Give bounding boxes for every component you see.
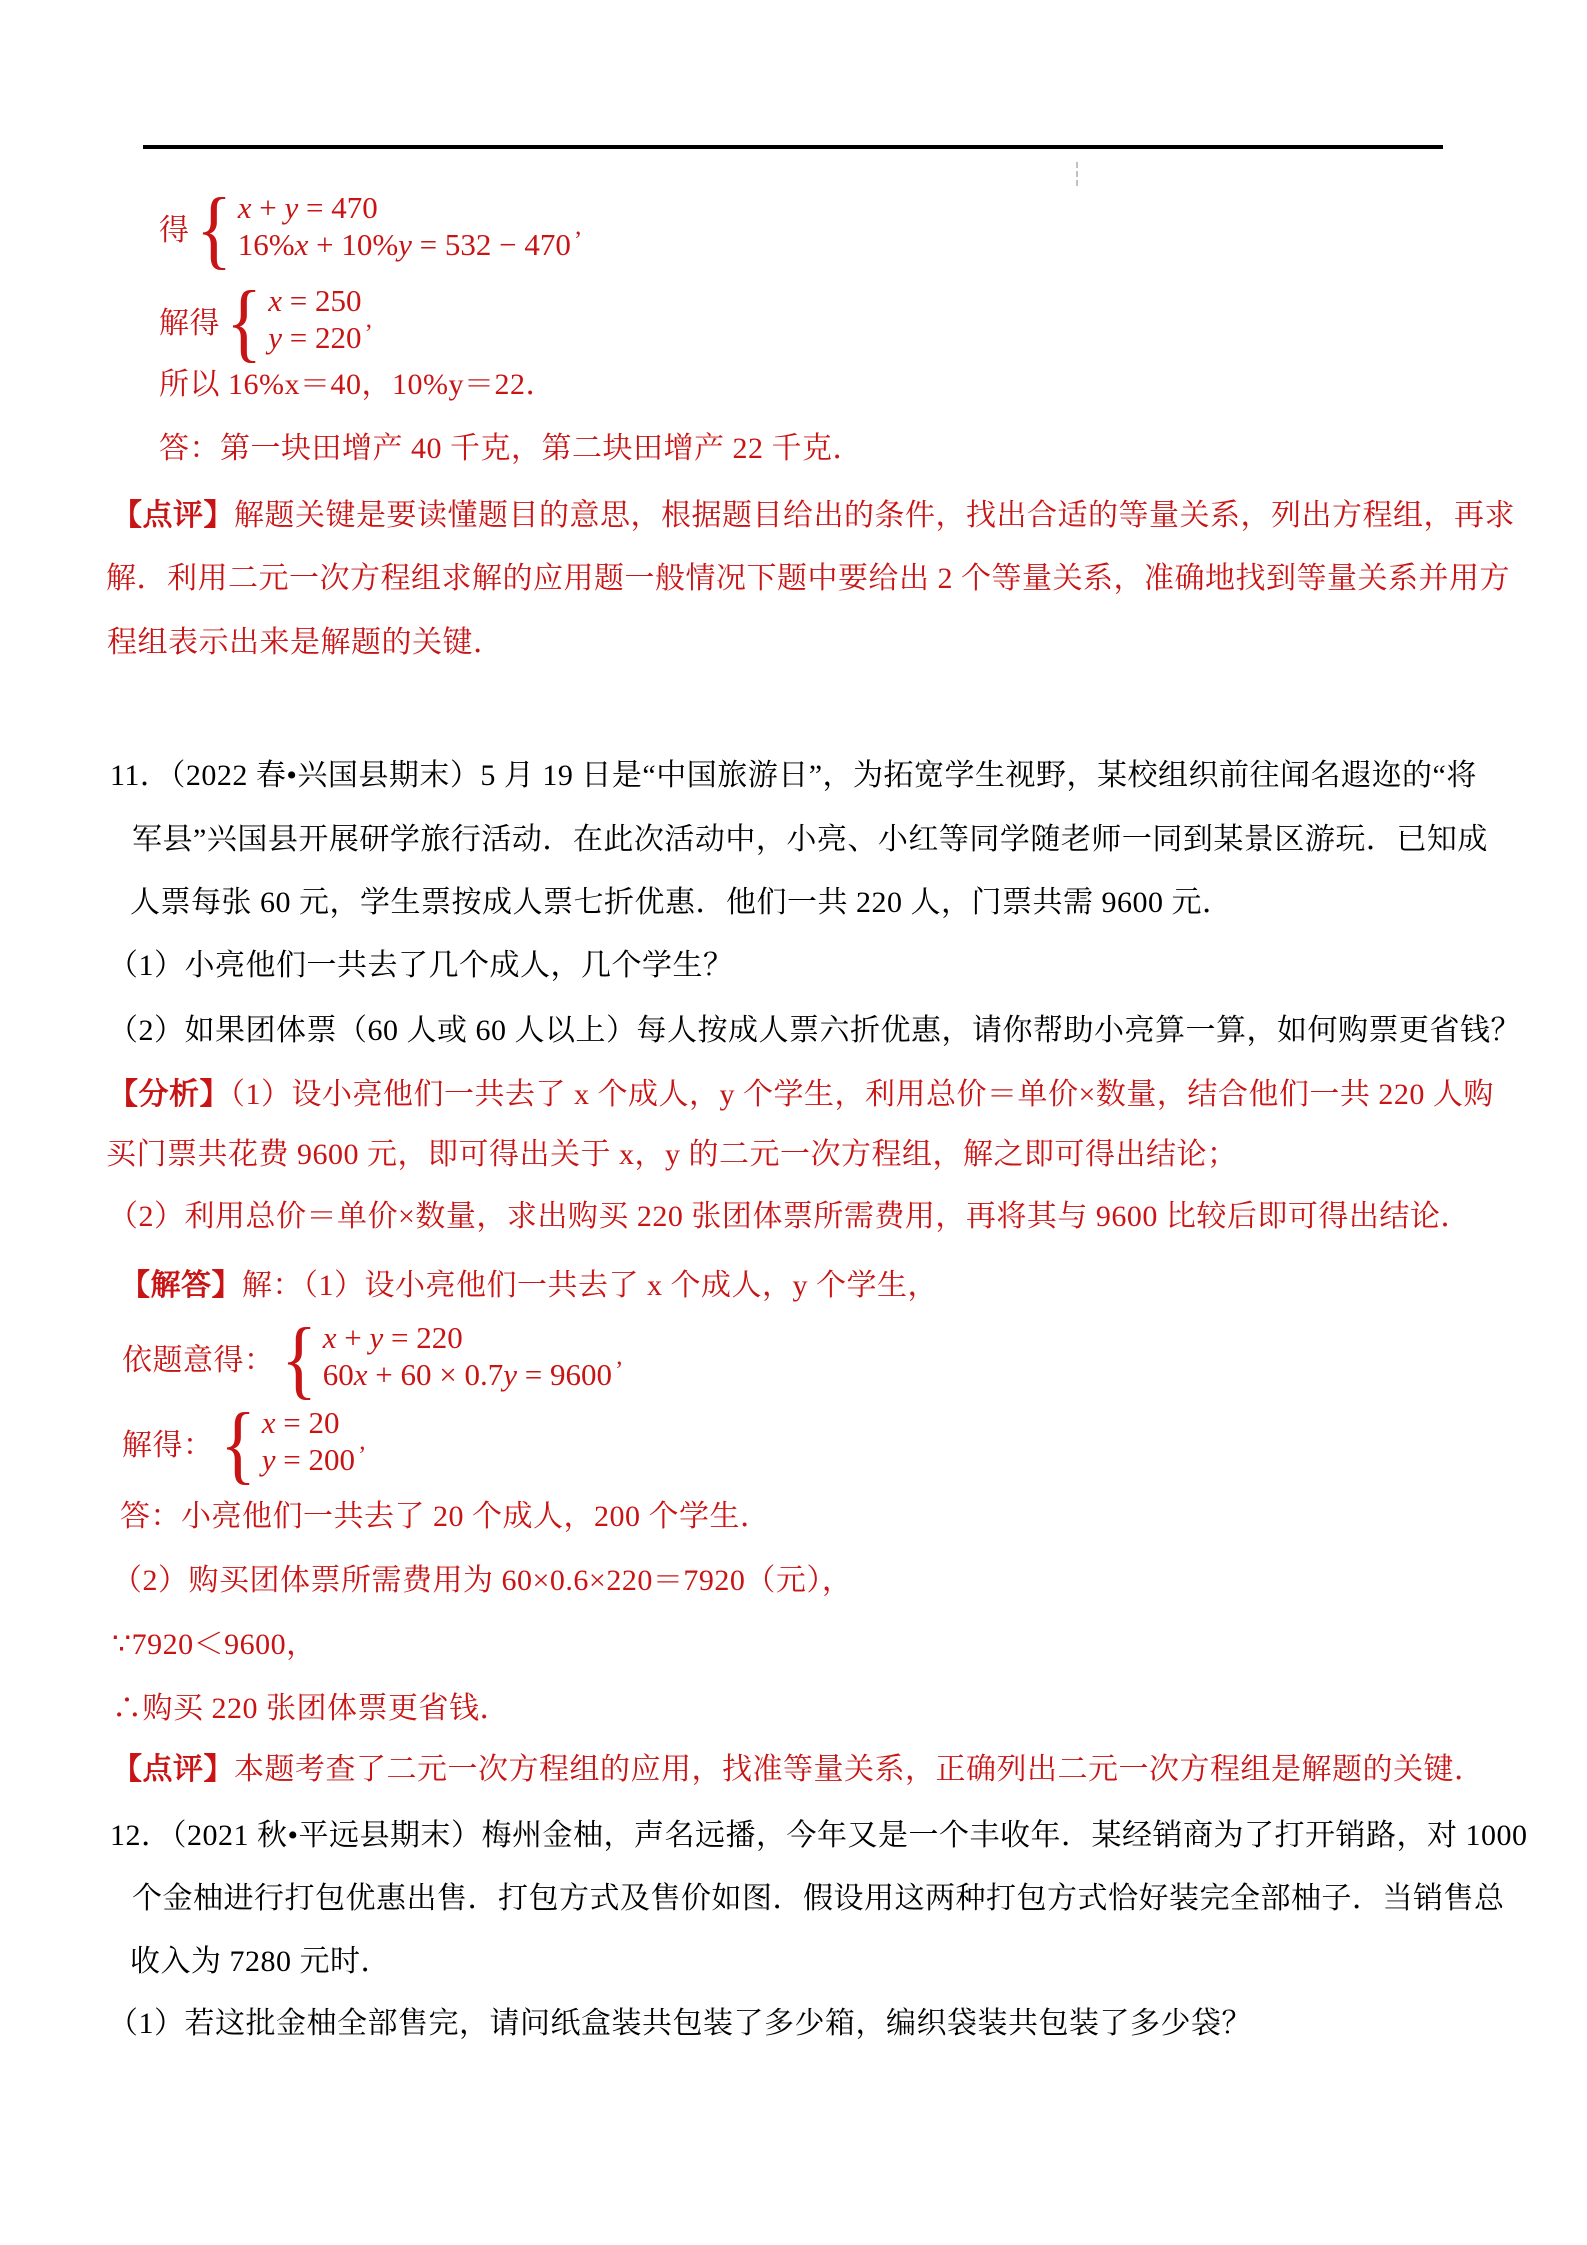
answer-line-2: 答：小亮他们一共去了 20 个成人，200 个学生． (120, 1498, 771, 1536)
equation-comma: ’ (574, 227, 582, 254)
because-line: ∵7920＜9600， (112, 1626, 317, 1664)
equation-row: 60x + 60 × 0.7y = 9600’ (323, 1356, 624, 1396)
equation-comma: ’ (358, 1442, 366, 1469)
problem-11-line-2: 军县”兴国县开展研学旅行活动．在此次活动中，小亮、小红等同学随老师一同到某景区游… (132, 821, 1488, 859)
analysis-line-2: 买门票共花费 9600 元，即可得出关于 x，y 的二元一次方程组，解之即可得出… (106, 1136, 1238, 1174)
equation-system-1: 得{ x + y = 470 16%x + 10%y = 532 − 470’ (159, 188, 582, 266)
solution-part-2-line: （2）购买团体票所需费用为 60×0.6×220＝7920（元）， (112, 1562, 852, 1600)
comment-1-line-1: 【点评】解题关键是要读懂题目的意思，根据题目给出的条件，找出合适的等量关系，列出… (112, 497, 1515, 535)
equation-system-3: 依题意得：{ x + y = 220 60x + 60 × 0.7y = 960… (122, 1318, 623, 1396)
solution-header-line: 【解答】解：（1）设小亮他们一共去了 x 个成人，y 个学生， (120, 1267, 938, 1305)
solution-label: 【解答】 (120, 1269, 242, 1302)
problem-12-line-1: 12．（2021 秋•平远县期末）梅州金柚，声名远播，今年又是一个丰收年．某经销… (110, 1817, 1528, 1855)
comment-1-line-3: 程组表示出来是解题的关键． (107, 624, 504, 662)
analysis-label: 【分析】 (108, 1078, 230, 1111)
equation-row: y = 200’ (262, 1441, 367, 1481)
problem-11-line-3: 人票每张 60 元，学生票按成人票七折优惠．他们一共 220 人，门票共需 96… (130, 884, 1233, 922)
equation-system-4: 解得：{ x = 20 y = 200’ (122, 1403, 366, 1481)
equation-label: 得 (159, 205, 190, 249)
document-page: 得{ x + y = 470 16%x + 10%y = 532 − 470’ … (0, 0, 1587, 2245)
equation-row: 16%x + 10%y = 532 − 470’ (238, 226, 582, 266)
equation-row: y = 220’ (268, 319, 373, 359)
problem-12-line-3: 收入为 7280 元时． (130, 1943, 391, 1981)
comment-1-line-2: 解．利用二元一次方程组求解的应用题一般情况下题中要给出 2 个等量关系，准确地找… (106, 560, 1510, 598)
left-brace: { (281, 1321, 317, 1399)
solution-line-suoyi: 所以 16%x＝40，10%y＝22． (159, 366, 556, 404)
problem-11-question-2: （2）如果团体票（60 人或 60 人以上）每人按成人票六折优惠，请你帮助小亮算… (108, 1012, 1521, 1050)
equation-comma: ’ (615, 1357, 623, 1384)
analysis-line-3: （2）利用总价＝单价×数量，求出购买 220 张团体票所需费用，再将其与 960… (108, 1198, 1471, 1236)
problem-11-question-1: （1）小亮他们一共去了几个成人，几个学生？ (108, 947, 734, 985)
equation-row: x + y = 220 (323, 1319, 624, 1356)
problem-12-question-1: （1）若这批金柚全部售完，请问纸盒装共包装了多少箱，编织袋装共包装了多少袋？ (108, 2005, 1252, 2043)
therefore-line: ∴购买 220 张团体票更省钱． (112, 1690, 510, 1728)
equation-system-2: 解得{ x = 250 y = 220’ (159, 281, 373, 359)
problem-12-line-2: 个金柚进行打包优惠出售．打包方式及售价如图．假设用这两种打包方式恰好装完全部柚子… (132, 1880, 1505, 1918)
header-rule (143, 145, 1443, 149)
comment-2-line: 【点评】本题考查了二元一次方程组的应用，找准等量关系，正确列出二元一次方程组是解… (112, 1751, 1485, 1789)
equation-row: x = 250 (268, 282, 373, 319)
comment-label: 【点评】 (112, 1753, 234, 1786)
equation-label: 解得： (122, 1420, 214, 1464)
left-brace: { (220, 1406, 256, 1484)
equation-comma: ’ (365, 320, 373, 347)
equation-row: x + y = 470 (238, 189, 582, 226)
caret-mark (1076, 162, 1078, 186)
equation-label: 依题意得： (122, 1335, 275, 1379)
left-brace: { (196, 191, 232, 269)
analysis-line-1: 【分析】（1）设小亮他们一共去了 x 个成人，y 个学生，利用总价＝单价×数量，… (108, 1076, 1494, 1114)
answer-line-1: 答：第一块田增产 40 千克，第二块田增产 22 千克． (159, 430, 863, 468)
equation-row: x = 20 (262, 1404, 367, 1441)
left-brace: { (226, 284, 262, 362)
comment-label: 【点评】 (112, 499, 234, 532)
problem-11-line-1: 11．（2022 春•兴国县期末）5 月 19 日是“中国旅游日”，为拓宽学生视… (110, 757, 1477, 795)
equation-label: 解得 (159, 298, 220, 342)
